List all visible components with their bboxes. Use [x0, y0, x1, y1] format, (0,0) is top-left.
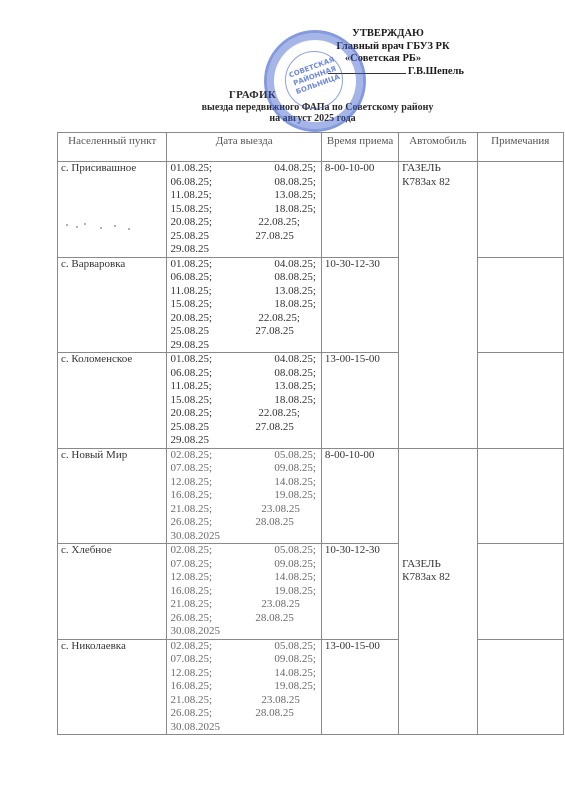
- notes-cell: [477, 639, 563, 735]
- date-line: 25.08.2527.08.25: [170, 325, 317, 339]
- date-line: 15.08.25;18.08.25;: [170, 203, 317, 217]
- date-value: 09.08.25;: [274, 558, 318, 572]
- time-cell: 13-00-15-00: [321, 353, 398, 449]
- date-value: 29.08.25: [170, 434, 209, 448]
- approval-signatory: Г.В.Шепель: [408, 66, 464, 77]
- table-row: с. Хлебное02.08.25;05.08.25;07.08.25;09.…: [58, 544, 564, 640]
- date-value: 30.08.2025: [170, 530, 220, 544]
- date-value: 07.08.25;: [170, 462, 212, 476]
- dates-cell: 01.08.25;04.08.25;06.08.25;08.08.25;11.0…: [167, 162, 321, 258]
- date-value: 25.08.25: [170, 230, 209, 244]
- date-value: 07.08.25;: [170, 558, 212, 572]
- table-row: с. Варваровка01.08.25;04.08.25;06.08.25;…: [58, 257, 564, 353]
- date-line: 25.08.2527.08.25: [170, 230, 317, 244]
- date-line: 16.08.25;19.08.25;: [170, 489, 317, 503]
- date-line: 01.08.25;04.08.25;: [170, 353, 317, 367]
- date-value: 02.08.25;: [170, 449, 212, 463]
- title-period: на август 2025 года: [0, 113, 565, 125]
- approval-position: Главный врач ГБУЗ РК: [268, 41, 468, 54]
- dates-cell: 02.08.25;05.08.25;07.08.25;09.08.25;12.0…: [167, 544, 321, 640]
- date-value: 20.08.25;: [170, 312, 212, 326]
- settlement-cell: с. Варваровка: [58, 257, 167, 353]
- date-value: 26.08.25;: [170, 707, 212, 721]
- date-line: 25.08.2527.08.25: [170, 421, 317, 435]
- date-value: 12.08.25;: [170, 476, 212, 490]
- settlement-cell: с. Присивашное: [58, 162, 167, 258]
- date-line: 20.08.25;22.08.25;: [170, 312, 317, 326]
- date-value: 16.08.25;: [170, 585, 212, 599]
- table-header-row: Населенный пункт Дата выезда Время прием…: [58, 133, 564, 162]
- date-value: 14.08.25;: [274, 571, 318, 585]
- date-line: 02.08.25;05.08.25;: [170, 449, 317, 463]
- date-line: 11.08.25;13.08.25;: [170, 285, 317, 299]
- date-value: 28.08.25: [255, 707, 318, 721]
- settlement-cell: с. Хлебное: [58, 544, 167, 640]
- table-row: с. Присивашное01.08.25;04.08.25;06.08.25…: [58, 162, 564, 258]
- date-value: 05.08.25;: [274, 449, 318, 463]
- date-value: 08.08.25;: [274, 176, 318, 190]
- date-line: 11.08.25;13.08.25;: [170, 189, 317, 203]
- signature-line: [328, 73, 406, 74]
- time-cell: 8-00-10-00: [321, 448, 398, 544]
- date-value: 22.08.25;: [258, 407, 318, 421]
- table-row: с. Новый Мир02.08.25;05.08.25;07.08.25;0…: [58, 448, 564, 544]
- date-value: 28.08.25: [255, 516, 318, 530]
- settlement-cell: с. Новый Мир: [58, 448, 167, 544]
- date-value: 01.08.25;: [170, 258, 212, 272]
- date-line: 12.08.25;14.08.25;: [170, 571, 317, 585]
- title-main: ГРАФИК: [0, 90, 565, 102]
- date-value: 07.08.25;: [170, 653, 212, 667]
- date-value: 25.08.25: [170, 421, 209, 435]
- date-value: 29.08.25: [170, 243, 209, 257]
- date-line: 06.08.25;08.08.25;: [170, 176, 317, 190]
- date-value: 20.08.25;: [170, 216, 212, 230]
- date-value: 27.08.25: [255, 230, 318, 244]
- date-line: 21.08.25;23.08.25: [170, 694, 317, 708]
- date-value: 28.08.25: [255, 612, 318, 626]
- date-value: 11.08.25;: [170, 285, 211, 299]
- date-value: 19.08.25;: [274, 489, 318, 503]
- date-value: 09.08.25;: [274, 462, 318, 476]
- date-value: 01.08.25;: [170, 162, 212, 176]
- date-line: 07.08.25;09.08.25;: [170, 462, 317, 476]
- date-value: 18.08.25;: [274, 394, 318, 408]
- date-line: 21.08.25;23.08.25: [170, 503, 317, 517]
- date-value: 27.08.25: [255, 421, 318, 435]
- date-line: 07.08.25;09.08.25;: [170, 558, 317, 572]
- approval-block: УТВЕРЖДАЮ Главный врач ГБУЗ РК «Советска…: [268, 28, 468, 78]
- date-value: 06.08.25;: [170, 367, 212, 381]
- notes-cell: [477, 544, 563, 640]
- date-line: 12.08.25;14.08.25;: [170, 667, 317, 681]
- vehicle-cell: ГАЗЕЛЬ К783ах 82: [399, 448, 477, 735]
- date-line: 02.08.25;05.08.25;: [170, 544, 317, 558]
- date-value: 15.08.25;: [170, 394, 212, 408]
- date-line: 12.08.25;14.08.25;: [170, 476, 317, 490]
- date-value: 15.08.25;: [170, 298, 212, 312]
- date-line: 16.08.25;19.08.25;: [170, 585, 317, 599]
- date-line: 26.08.25;28.08.25: [170, 612, 317, 626]
- date-value: 21.08.25;: [170, 598, 212, 612]
- header-vehicle: Автомобиль: [399, 133, 477, 162]
- date-value: 04.08.25;: [274, 258, 318, 272]
- date-line: 15.08.25;18.08.25;: [170, 298, 317, 312]
- approval-heading: УТВЕРЖДАЮ: [268, 28, 468, 41]
- title-subtitle: выезда передвижного ФАПа по Советскому р…: [0, 102, 565, 114]
- date-value: 21.08.25;: [170, 503, 212, 517]
- approval-organization: «Советская РБ»: [268, 53, 468, 66]
- vehicle-cell: ГАЗЕЛЬ К783ах 82: [399, 162, 477, 449]
- date-value: 21.08.25;: [170, 694, 212, 708]
- notes-cell: [477, 257, 563, 353]
- date-line: 02.08.25;05.08.25;: [170, 640, 317, 654]
- date-line: 26.08.25;28.08.25: [170, 516, 317, 530]
- dates-cell: 01.08.25;04.08.25;06.08.25;08.08.25;11.0…: [167, 257, 321, 353]
- date-line: 06.08.25;08.08.25;: [170, 271, 317, 285]
- date-value: 30.08.2025: [170, 625, 220, 639]
- date-line: 15.08.25;18.08.25;: [170, 394, 317, 408]
- date-value: 18.08.25;: [274, 298, 318, 312]
- date-line: 01.08.25;04.08.25;: [170, 162, 317, 176]
- dates-cell: 02.08.25;05.08.25;07.08.25;09.08.25;12.0…: [167, 448, 321, 544]
- header-settlement: Населенный пункт: [58, 133, 167, 162]
- dates-cell: 01.08.25;04.08.25;06.08.25;08.08.25;11.0…: [167, 353, 321, 449]
- date-value: 04.08.25;: [274, 162, 318, 176]
- date-value: 26.08.25;: [170, 516, 212, 530]
- date-value: 22.08.25;: [258, 216, 318, 230]
- table-row: с. Коломенское01.08.25;04.08.25;06.08.25…: [58, 353, 564, 449]
- date-value: 11.08.25;: [170, 380, 211, 394]
- date-value: 01.08.25;: [170, 353, 212, 367]
- time-cell: 10-30-12-30: [321, 544, 398, 640]
- header-notes: Примечания: [477, 133, 563, 162]
- date-value: 23.08.25: [261, 694, 318, 708]
- notes-cell: [477, 448, 563, 544]
- date-line: 21.08.25;23.08.25: [170, 598, 317, 612]
- date-line: 01.08.25;04.08.25;: [170, 258, 317, 272]
- date-value: 23.08.25: [261, 503, 318, 517]
- dates-cell: 02.08.25;05.08.25;07.08.25;09.08.25;12.0…: [167, 639, 321, 735]
- date-value: 08.08.25;: [274, 271, 318, 285]
- date-line: 26.08.25;28.08.25: [170, 707, 317, 721]
- settlement-cell: с. Николаевка: [58, 639, 167, 735]
- time-cell: 8-00-10-00: [321, 162, 398, 258]
- date-value: 23.08.25: [261, 598, 318, 612]
- date-line: 20.08.25;22.08.25;: [170, 216, 317, 230]
- date-value: 14.08.25;: [274, 667, 318, 681]
- date-line: 29.08.25: [170, 434, 317, 448]
- date-value: 13.08.25;: [274, 380, 318, 394]
- date-value: 26.08.25;: [170, 612, 212, 626]
- date-line: 11.08.25;13.08.25;: [170, 380, 317, 394]
- time-cell: 10-30-12-30: [321, 257, 398, 353]
- notes-cell: [477, 162, 563, 258]
- date-line: 30.08.2025: [170, 721, 317, 735]
- date-value: 12.08.25;: [170, 571, 212, 585]
- date-value: 02.08.25;: [170, 640, 212, 654]
- date-value: 06.08.25;: [170, 176, 212, 190]
- date-line: 16.08.25;19.08.25;: [170, 680, 317, 694]
- date-value: 14.08.25;: [274, 476, 318, 490]
- date-line: 20.08.25;22.08.25;: [170, 407, 317, 421]
- date-value: 05.08.25;: [274, 640, 318, 654]
- date-value: 04.08.25;: [274, 353, 318, 367]
- time-cell: 13-00-15-00: [321, 639, 398, 735]
- date-value: 08.08.25;: [274, 367, 318, 381]
- date-value: 15.08.25;: [170, 203, 212, 217]
- schedule-table: Населенный пункт Дата выезда Время прием…: [57, 132, 564, 735]
- table-row: с. Николаевка02.08.25;05.08.25;07.08.25;…: [58, 639, 564, 735]
- document-title: ГРАФИК выезда передвижного ФАПа по Совет…: [0, 90, 565, 125]
- settlement-cell: с. Коломенское: [58, 353, 167, 449]
- date-value: 19.08.25;: [274, 680, 318, 694]
- date-value: 20.08.25;: [170, 407, 212, 421]
- date-line: 30.08.2025: [170, 625, 317, 639]
- date-value: 13.08.25;: [274, 285, 318, 299]
- notes-cell: [477, 353, 563, 449]
- date-line: 29.08.25: [170, 243, 317, 257]
- date-value: 25.08.25: [170, 325, 209, 339]
- date-value: 06.08.25;: [170, 271, 212, 285]
- date-value: 02.08.25;: [170, 544, 212, 558]
- header-dates: Дата выезда: [167, 133, 321, 162]
- date-line: 06.08.25;08.08.25;: [170, 367, 317, 381]
- date-value: 29.08.25: [170, 339, 209, 353]
- header-time: Время приема: [321, 133, 398, 162]
- date-value: 27.08.25: [255, 325, 318, 339]
- date-line: 07.08.25;09.08.25;: [170, 653, 317, 667]
- date-value: 12.08.25;: [170, 667, 212, 681]
- date-line: 30.08.2025: [170, 530, 317, 544]
- date-value: 16.08.25;: [170, 680, 212, 694]
- date-value: 22.08.25;: [258, 312, 318, 326]
- date-value: 05.08.25;: [274, 544, 318, 558]
- date-value: 13.08.25;: [274, 189, 318, 203]
- date-value: 16.08.25;: [170, 489, 212, 503]
- date-value: 11.08.25;: [170, 189, 211, 203]
- date-value: 30.08.2025: [170, 721, 220, 735]
- date-value: 18.08.25;: [274, 203, 318, 217]
- date-value: 19.08.25;: [274, 585, 318, 599]
- date-value: 09.08.25;: [274, 653, 318, 667]
- approval-signature: Г.В.Шепель: [268, 66, 468, 79]
- date-line: 29.08.25: [170, 339, 317, 353]
- table-body: с. Присивашное01.08.25;04.08.25;06.08.25…: [58, 162, 564, 735]
